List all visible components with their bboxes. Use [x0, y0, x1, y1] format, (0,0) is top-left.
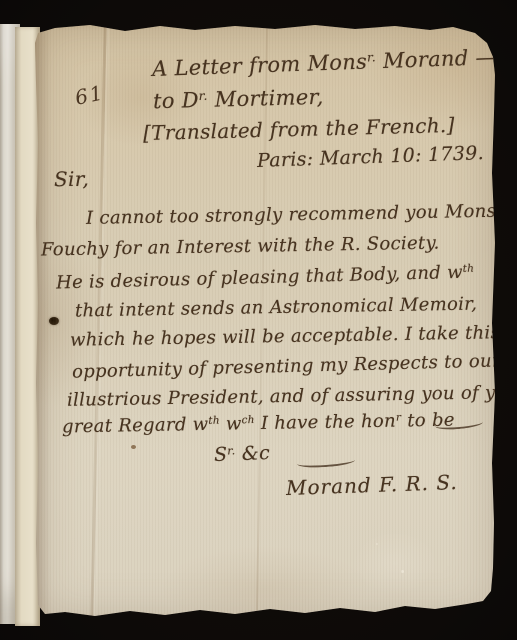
text-run: illustrious President, and of assuring y…	[67, 382, 496, 410]
letter-title: A Letter from Monsr. Morand —	[152, 45, 497, 81]
text-run: &c	[235, 442, 270, 465]
text-run: opportunity of presenting my Respects to…	[72, 350, 501, 382]
body-line-2: Fouchy for an Interest with the R. Socie…	[41, 233, 440, 261]
superscript: th	[463, 263, 475, 275]
body-line-7: illustrious President, and of assuring y…	[67, 382, 502, 411]
book-page-edge-outer	[0, 24, 20, 624]
paper-crease	[256, 23, 268, 620]
body-line-8: great Regard wth wch I have the honr to …	[62, 410, 455, 438]
body-line-4: that intent sends an Astronomical Memoir…	[75, 293, 477, 321]
paper-speck	[131, 445, 136, 449]
text-run: He is desirous of pleasing that Body, an…	[56, 262, 463, 294]
letter-recipient: to Dr. Mortimer,	[153, 85, 324, 113]
ink-blot	[49, 317, 59, 325]
text-run: that intent sends an Astronomical Memoir…	[75, 293, 477, 321]
superscript: ch	[241, 414, 254, 426]
paper-speck	[376, 543, 378, 545]
superscript: r.	[367, 51, 376, 65]
text-run: Morand F. R. S.	[286, 470, 458, 500]
body-line-6: opportunity of presenting my Respects to…	[72, 350, 501, 382]
superscript: r	[496, 202, 502, 214]
manuscript-page: 61 A Letter from Monsr. Morand — to Dr. …	[35, 23, 497, 620]
text-run: Paris: March 10: 1739.	[257, 142, 485, 172]
salutation: Sir,	[54, 167, 89, 192]
closing: Sr. &c	[214, 442, 271, 466]
text-run: Mortimer,	[207, 85, 323, 112]
text-run: Fouchy for an Interest with the R. Socie…	[41, 233, 440, 261]
text-run: I have the hon	[255, 411, 397, 434]
text-run: S	[214, 444, 228, 466]
text-run: great Regard w	[62, 414, 209, 438]
text-run: Morand —	[376, 45, 497, 73]
paper-crease	[90, 23, 107, 620]
body-line-3: He is desirous of pleasing that Body, an…	[56, 262, 475, 294]
pen-flourish	[297, 455, 356, 469]
translation-note: [Translated from the French.]	[143, 113, 455, 145]
text-run: de	[501, 200, 517, 221]
text-run: which he hopes will be acceptable. I tak…	[70, 322, 500, 351]
superscript: th	[208, 415, 220, 427]
page-number: 61	[73, 80, 107, 110]
text-run: w	[220, 413, 242, 434]
text-run: I cannot too strongly recommend you Mons	[86, 201, 496, 229]
signature: Morand F. R. S.	[286, 470, 458, 500]
dateline: Paris: March 10: 1739.	[257, 142, 485, 172]
photo-background: 61 A Letter from Monsr. Morand — to Dr. …	[0, 0, 517, 640]
text-run: [Translated from the French.]	[143, 113, 455, 145]
body-line-5: which he hopes will be acceptable. I tak…	[70, 322, 500, 351]
superscript: r.	[199, 89, 208, 103]
superscript: e	[495, 383, 502, 395]
superscript: r.	[227, 444, 236, 457]
text-run: Sir,	[54, 167, 89, 192]
body-line-1: I cannot too strongly recommend you Mons…	[86, 200, 517, 229]
paper-speck	[401, 570, 404, 573]
text-run: to be	[401, 410, 455, 432]
text-run: to D	[153, 88, 199, 113]
superscript: r	[396, 412, 402, 424]
text-run: A Letter from Mons	[152, 50, 368, 81]
